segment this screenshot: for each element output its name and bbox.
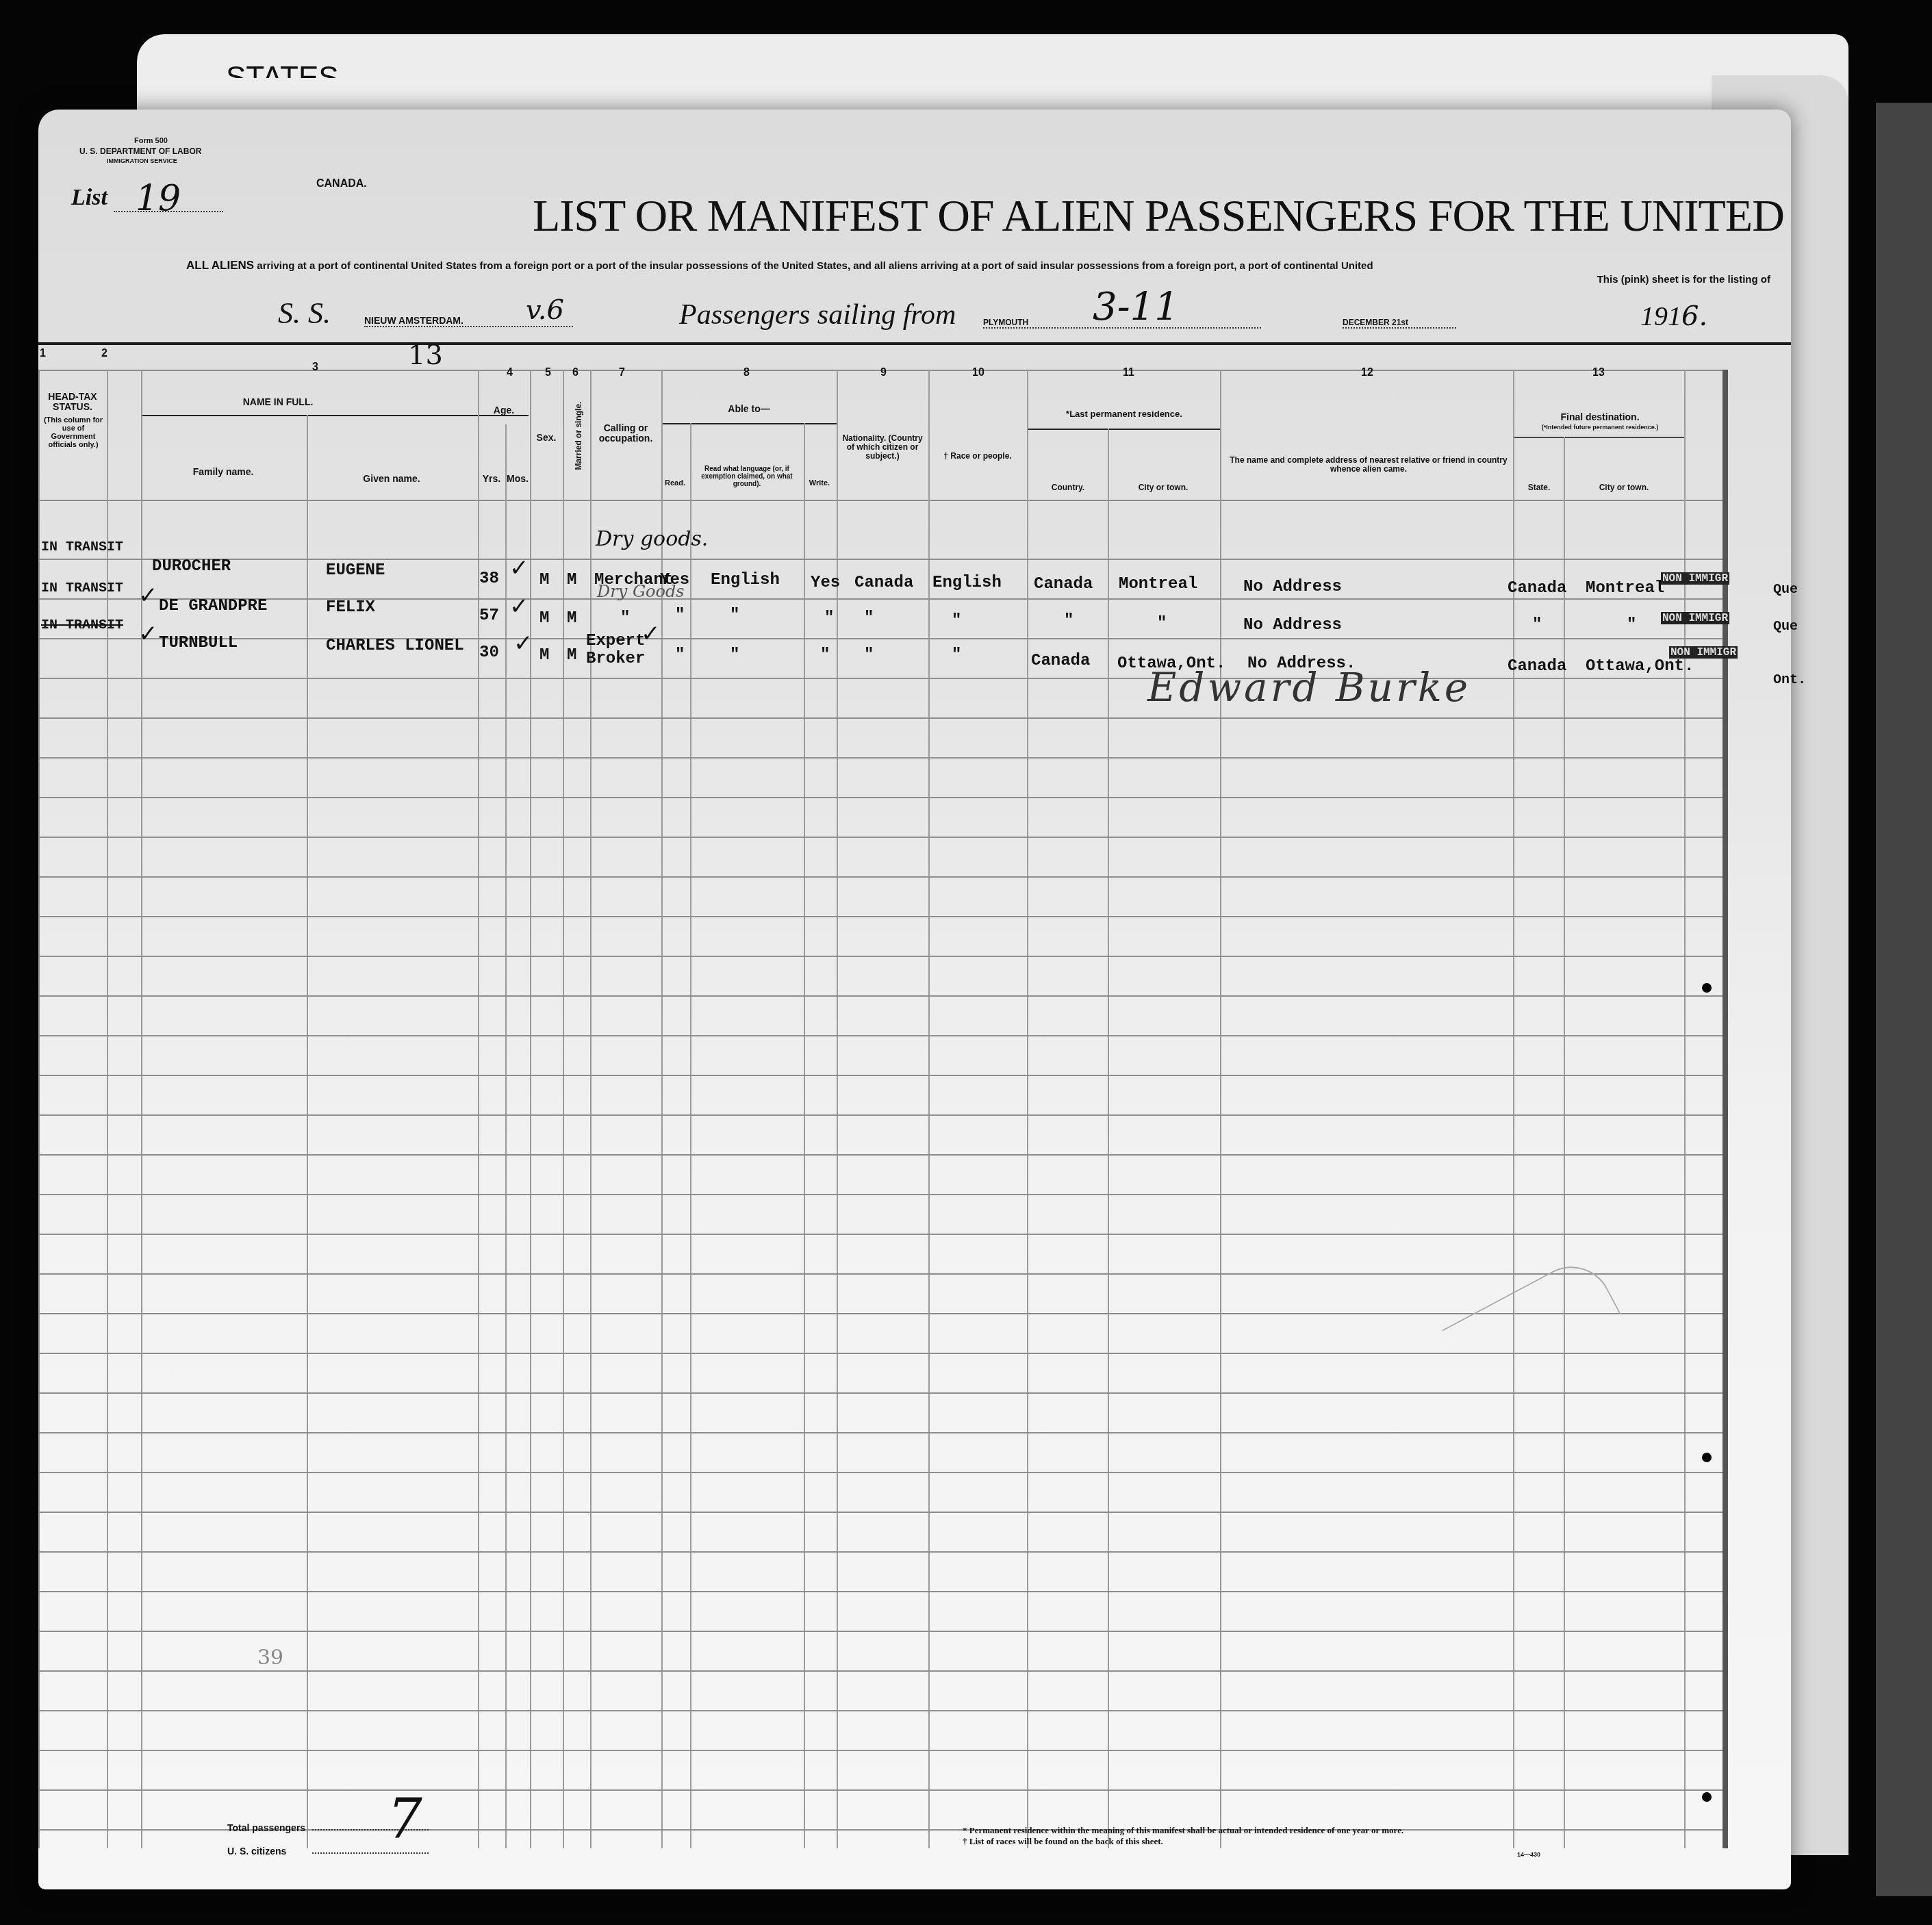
margin-mark (1702, 983, 1712, 993)
row3-race: " (952, 646, 961, 665)
col-num-13: 13 (1592, 367, 1605, 379)
sailing-label: Passengers sailing from (679, 298, 956, 331)
row1-res-city: Montreal (1119, 575, 1197, 594)
ship-annotation: v.6 (526, 294, 564, 326)
row2-married: M (567, 609, 576, 628)
calling-header: Calling or occupation. (590, 423, 661, 444)
sex-header: Sex. (530, 433, 563, 443)
row3-married: M (567, 646, 576, 665)
row2-age: 57 (479, 607, 499, 625)
header-top-rule (38, 342, 1791, 345)
row2-occupation-annotation: Dry Goods (597, 582, 685, 601)
row3-occupation-check-icon: ✓ (641, 620, 661, 648)
nationality-header: Nationality. (Country of which citizen o… (838, 434, 927, 461)
row2-language: " (730, 607, 739, 625)
port-annotation: 3-11 (1093, 285, 1179, 329)
row2-given-name: FELIX (326, 598, 375, 617)
family-name-header: Family name. (141, 467, 305, 477)
row-rules (38, 520, 1723, 1848)
row2-occupation: " (620, 609, 630, 628)
row1-stamp: NON IMMIGR (1661, 572, 1729, 585)
col-num-1: 1 (40, 348, 46, 360)
col-num-3: 3 (312, 361, 318, 374)
row2-res-city: " (1157, 615, 1167, 633)
form-number: Form 500 (134, 137, 168, 145)
row3-given-name: CHARLES LIONEL (326, 637, 464, 655)
country-label: CANADA. (316, 178, 367, 190)
married-header: Married or single. (574, 395, 583, 477)
sailing-year: 1916. (1640, 300, 1707, 332)
row2-relative: No Address (1243, 616, 1342, 635)
total-passengers-value: 7 (387, 1787, 422, 1850)
row3-age-check-icon: ✓ (513, 630, 533, 657)
row2-nationality: " (864, 609, 874, 628)
row1-write: Yes (811, 574, 840, 592)
relative-header: The name and complete address of nearest… (1223, 456, 1514, 474)
res-city-header: City or town. (1108, 483, 1219, 492)
row1-dest-state: Canada (1508, 579, 1566, 598)
row3-nationality: " (864, 646, 874, 665)
col-rule (1723, 370, 1728, 1848)
final-destination-header: Final destination. (1514, 412, 1686, 422)
able-to-rule (661, 423, 837, 424)
footnote-races: † List of races will be found on the bac… (963, 1836, 1163, 1847)
ss-label: S. S. (278, 296, 331, 331)
res-country-header: Country. (1028, 483, 1108, 492)
row1-given-name: EUGENE (326, 561, 385, 580)
row3-write: " (820, 646, 830, 665)
header-bottom-rule (38, 500, 1723, 501)
row3-read: " (675, 646, 685, 665)
list-label: List (71, 185, 107, 211)
final-destination-note: (*Intended future permanent residence.) (1514, 424, 1686, 431)
row2-write: " (824, 609, 834, 628)
row3-margin: Ont. (1773, 672, 1806, 688)
behind-sheet-peek-text: STATES (226, 59, 339, 78)
adjacent-page-edge (1876, 103, 1932, 1896)
row2-margin: Que (1773, 619, 1798, 635)
col-num-11: 11 (1123, 367, 1134, 379)
service-label: IMMIGRATION SERVICE (107, 157, 177, 164)
destination-rule (1514, 437, 1686, 438)
row3-dest-city: Ottawa,Ont. (1586, 657, 1694, 676)
col-num-12: 12 (1361, 367, 1373, 379)
given-name-header: Given name. (307, 474, 476, 484)
row3-res-country: Canada (1031, 652, 1090, 670)
margin-mark (1702, 1792, 1712, 1802)
age-mos-header: Mos. (505, 474, 530, 484)
col-num-9: 9 (880, 367, 887, 379)
department-label: U. S. DEPARTMENT OF LABOR (79, 146, 201, 156)
row2-sex: M (539, 609, 549, 628)
row2-read: " (675, 607, 685, 625)
col-num-4: 4 (507, 367, 513, 379)
row1-family-name: DUROCHER (152, 557, 231, 576)
subtitle-line2: This (pink) sheet is for the listing of (1597, 274, 1770, 285)
col-num-6: 6 (572, 367, 579, 379)
margin-number: 39 (257, 1646, 283, 1670)
row2-stamp: NON IMMIGR (1661, 612, 1729, 624)
row1-married: M (567, 571, 576, 589)
able-to-header: Able to— (661, 404, 837, 414)
row3-head-tax: IN TRANSIT (41, 617, 123, 633)
us-citizens-label: U. S. citizens (227, 1846, 286, 1857)
subtitle-bold: ALL ALIENS (186, 259, 254, 272)
form-code: 14—430 (1517, 1851, 1540, 1858)
row1-nationality: Canada (854, 574, 913, 592)
row1-head-tax: IN TRANSIT (41, 539, 123, 555)
list-number: 19 (136, 178, 181, 219)
col-num-7: 7 (619, 367, 625, 379)
name-in-full-header: NAME IN FULL. (148, 397, 408, 407)
row3-sex: M (539, 646, 549, 665)
col-num-10: 10 (972, 367, 984, 379)
row2-head-tax-check-icon: ✓ (138, 582, 158, 609)
total-passengers-label: Total passengers (227, 1822, 305, 1833)
row1-age: 38 (479, 570, 499, 588)
row2-family-name: DE GRANDPRE (159, 597, 267, 615)
row3-dest-state: Canada (1508, 657, 1566, 676)
year-suffix: 6. (1681, 301, 1707, 332)
inspector-signature: Edward Burke (1147, 664, 1471, 711)
col-num-2: 2 (101, 348, 107, 360)
age-header: Age. (478, 405, 530, 416)
residence-rule (1028, 429, 1220, 430)
year-prefix: 191 (1640, 301, 1681, 331)
row3-head-tax-check-icon: ✓ (138, 620, 158, 648)
row2-head-tax: IN TRANSIT (41, 581, 123, 596)
race-header: † Race or people. (930, 452, 1026, 461)
dest-city-header: City or town. (1564, 483, 1684, 492)
manifest-sheet: Form 500 U. S. DEPARTMENT OF LABOR IMMIG… (38, 110, 1791, 1889)
row1-language: English (711, 571, 780, 589)
row1-sex: M (539, 571, 549, 589)
subtitle: ALL ALIENS arriving at a port of contine… (186, 259, 1373, 272)
row1-res-country: Canada (1034, 575, 1093, 594)
row1-dest-city: Montreal (1586, 579, 1664, 598)
page-title: LIST OR MANIFEST OF ALIEN PASSENGERS FOR… (533, 190, 1784, 242)
us-citizens-dots (312, 1852, 429, 1854)
row3-age: 30 (479, 643, 499, 662)
row3-family-name: TURNBULL (159, 634, 238, 652)
write-header: Write. (804, 479, 835, 487)
row2-age-check-icon: ✓ (509, 593, 529, 620)
col-num-8: 8 (743, 367, 750, 379)
row1-relative: No Address (1243, 578, 1342, 596)
row1-margin: Que (1773, 582, 1798, 598)
age-yrs-header: Yrs. (478, 474, 505, 484)
row1-race: English (932, 574, 1002, 592)
read-header: Read. (661, 479, 689, 487)
head-tax-note: (This column for use of Government offic… (42, 416, 104, 449)
row1-age-check-icon: ✓ (509, 554, 529, 582)
last-residence-header: *Last permanent residence. (1028, 409, 1220, 419)
col-num-5: 5 (545, 367, 551, 379)
margin-mark (1702, 1453, 1712, 1462)
name-sub-rule (141, 415, 529, 416)
read-language-header: Read what language (or, if exemption cla… (690, 466, 804, 488)
page-annotation: 13 (408, 340, 443, 371)
row2-dest-state: " (1532, 616, 1542, 635)
sailing-date: DECEMBER 21st (1343, 318, 1456, 329)
footnote-residence: * Permanent residence within the meaning… (963, 1825, 1403, 1836)
row2-race: " (952, 612, 961, 630)
subtitle-rest: arriving at a port of continental United… (257, 260, 1373, 272)
row2-dest-city: " (1627, 616, 1636, 635)
dest-state-header: State. (1514, 483, 1564, 492)
head-tax-header: HEAD-TAX STATUS. (38, 392, 107, 413)
row2-res-country: " (1064, 612, 1073, 630)
row1-occupation-annotation: Dry goods. (596, 527, 708, 551)
row3-stamp: NON IMMIGR (1669, 646, 1738, 659)
row3-language: " (730, 646, 739, 665)
